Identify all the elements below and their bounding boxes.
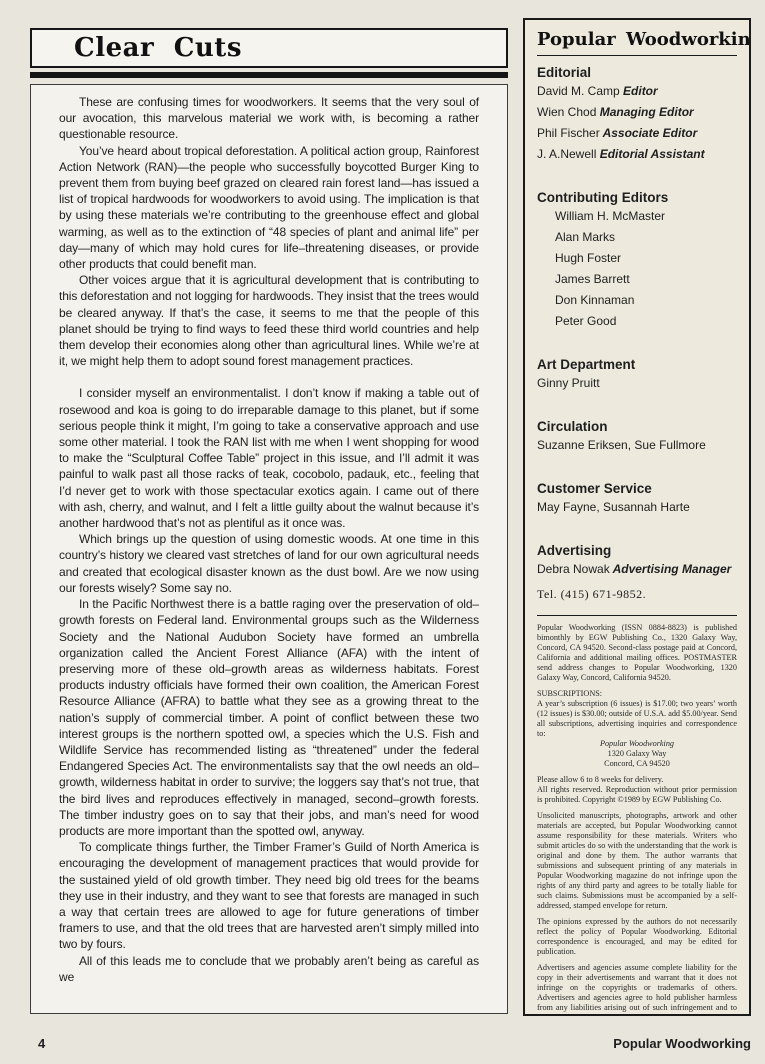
article-paragraph: To complicate things further, the Timber… bbox=[59, 839, 479, 952]
staff-entry: William H. McMaster bbox=[537, 206, 737, 227]
article-paragraph: All of this leads me to conclude that we… bbox=[59, 953, 479, 985]
staff-entry-name: Alan Marks bbox=[555, 230, 615, 244]
fine-print-paragraph: 1320 Galaxy Way bbox=[537, 749, 737, 759]
article-title-box: Clear Cuts bbox=[30, 28, 508, 68]
staff-entry: Wien Chod Managing Editor bbox=[537, 102, 737, 123]
fine-print-rule bbox=[537, 615, 737, 616]
magazine-page: Clear Cuts These are confusing times for… bbox=[0, 0, 765, 1064]
staff-entry-name: Tel. (415) 671-9852. bbox=[537, 587, 646, 601]
staff-box-title: Popular Woodworking Staff bbox=[537, 29, 737, 50]
staff-entry: James Barrett bbox=[537, 269, 737, 290]
staff-section-heading: Advertising bbox=[537, 542, 737, 559]
staff-section-heading: Art Department bbox=[537, 356, 737, 373]
fine-print-paragraph: Unsolicited manuscripts, photographs, ar… bbox=[537, 811, 737, 911]
staff-entry: Ginny Pruitt bbox=[537, 373, 737, 394]
staff-entry: Don Kinnaman bbox=[537, 290, 737, 311]
staff-entry-name: David M. Camp bbox=[537, 84, 620, 98]
article-column: Clear Cuts These are confusing times for… bbox=[30, 28, 508, 1014]
staff-entry-name: Debra Nowak bbox=[537, 562, 610, 576]
staff-section-heading: Circulation bbox=[537, 418, 737, 435]
staff-entry-name: Don Kinnaman bbox=[555, 293, 634, 307]
fine-print-paragraph: Advertisers and agencies assume complete… bbox=[537, 963, 737, 1016]
staff-entry-name: Phil Fischer bbox=[537, 126, 600, 140]
fine-print-paragraph: Popular Woodworking bbox=[537, 739, 737, 749]
staff-entry-name: William H. McMaster bbox=[555, 209, 665, 223]
staff-entry-role: Editorial Assistant bbox=[596, 147, 704, 161]
staff-entry-name: James Barrett bbox=[555, 272, 630, 286]
staff-entry: May Fayne, Susannah Harte bbox=[537, 497, 737, 518]
staff-sidebar: Popular Woodworking Staff EditorialDavid… bbox=[523, 18, 751, 1016]
fine-print-paragraph: All rights reserved. Reproduction withou… bbox=[537, 785, 737, 805]
staff-entry: Phil Fischer Associate Editor bbox=[537, 123, 737, 144]
staff-entry-role: Managing Editor bbox=[596, 105, 693, 119]
article-paragraph: You’ve heard about tropical deforestatio… bbox=[59, 143, 479, 273]
staff-entry-name: J. A.Newell bbox=[537, 147, 596, 161]
footer-magazine-name: Popular Woodworking bbox=[613, 1036, 751, 1051]
staff-section-heading: Editorial bbox=[537, 64, 737, 81]
article-paragraph: I consider myself an environmentalist. I… bbox=[59, 385, 479, 531]
staff-title-rule bbox=[537, 55, 737, 56]
staff-entry-role: Editor bbox=[620, 84, 658, 98]
staff-entry: Suzanne Eriksen, Sue Fullmore bbox=[537, 435, 737, 456]
staff-entry: J. A.Newell Editorial Assistant bbox=[537, 144, 737, 165]
page-number: 4 bbox=[38, 1036, 45, 1051]
staff-entry: Tel. (415) 671-9852. bbox=[537, 584, 737, 605]
staff-section-heading: Customer Service bbox=[537, 480, 737, 497]
staff-section-heading: Contributing Editors bbox=[537, 189, 737, 206]
staff-entry: Alan Marks bbox=[537, 227, 737, 248]
staff-entry-name: Hugh Foster bbox=[555, 251, 621, 265]
staff-entry: Hugh Foster bbox=[537, 248, 737, 269]
staff-entry-role: Advertising Manager bbox=[610, 562, 732, 576]
staff-entry-name: Ginny Pruitt bbox=[537, 376, 600, 390]
fine-print-paragraph: Popular Woodworking (ISSN 0884-8823) is … bbox=[537, 623, 737, 683]
staff-entry-role: Associate Editor bbox=[600, 126, 698, 140]
staff-entry-name: Peter Good bbox=[555, 314, 616, 328]
article-body: These are confusing times for woodworker… bbox=[30, 84, 508, 1014]
fine-print: Popular Woodworking (ISSN 0884-8823) is … bbox=[537, 623, 737, 1016]
staff-entry: Debra Nowak Advertising Manager bbox=[537, 559, 737, 580]
article-paragraph: Which brings up the question of using do… bbox=[59, 531, 479, 596]
fine-print-paragraph: Concord, CA 94520 bbox=[537, 759, 737, 769]
article-paragraph: These are confusing times for woodworker… bbox=[59, 94, 479, 143]
fine-print-paragraph: A year’s subscription (6 issues) is $17.… bbox=[537, 699, 737, 739]
fine-print-paragraph: The opinions expressed by the authors do… bbox=[537, 917, 737, 957]
staff-sections: EditorialDavid M. Camp EditorWien Chod M… bbox=[537, 64, 737, 605]
fine-print-paragraph: Please allow 6 to 8 weeks for delivery. bbox=[537, 775, 737, 785]
staff-entry: Peter Good bbox=[537, 311, 737, 332]
staff-entry-name: May Fayne, Susannah Harte bbox=[537, 500, 690, 514]
article-paragraph: In the Pacific Northwest there is a batt… bbox=[59, 596, 479, 839]
article-title: Clear Cuts bbox=[74, 33, 242, 63]
title-rule bbox=[30, 72, 508, 78]
staff-entry: David M. Camp Editor bbox=[537, 81, 737, 102]
staff-entry-name: Suzanne Eriksen, Sue Fullmore bbox=[537, 438, 706, 452]
article-paragraph: Other voices argue that it is agricultur… bbox=[59, 272, 479, 369]
staff-entry-name: Wien Chod bbox=[537, 105, 596, 119]
fine-print-paragraph: SUBSCRIPTIONS: bbox=[537, 689, 737, 699]
